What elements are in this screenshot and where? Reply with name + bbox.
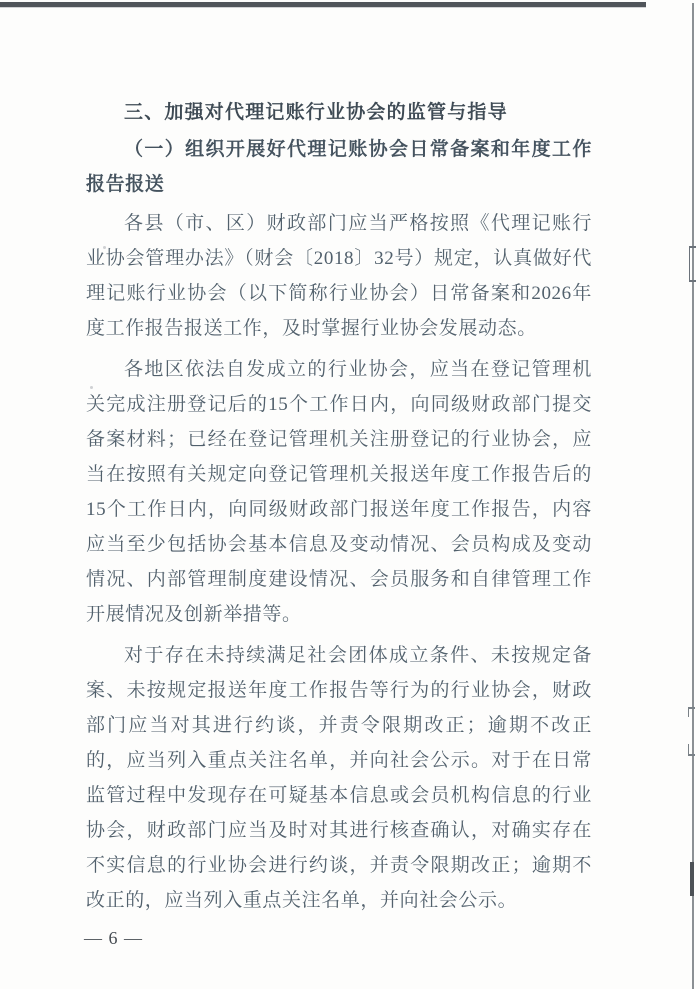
binding-tick-lower [688,744,695,756]
staple-mark [689,246,696,282]
scan-edge-dark-segment [690,862,694,896]
page-number: — 6 — [84,926,143,950]
paragraph-1: 各县（市、区）财政部门应当严格按照《代理记账行业协会管理办法》（财会〔2018〕… [86,206,592,346]
binding-tick-upper [688,707,695,717]
document-body: 三、加强对代理记账行业协会的监管与指导 （一）组织开展好代理记账协会日常备案和年… [86,95,592,918]
subsection-heading: （一）组织开展好代理记账协会日常备案和年度工作报告报送 [86,132,592,202]
scan-edge-right [692,3,694,989]
scan-edge-top [0,2,646,7]
section-heading: 三、加强对代理记账行业协会的监管与指导 [86,95,592,130]
scanned-document-page: 三、加强对代理记账行业协会的监管与指导 （一）组织开展好代理记账协会日常备案和年… [0,0,700,989]
paragraph-2: 各地区依法自发成立的行业协会，应当在登记管理机关完成注册登记后的15个工作日内，… [86,352,592,632]
paragraph-3: 对于存在未持续满足社会团体成立条件、未按规定备案、未按规定报送年度工作报告等行为… [86,638,592,918]
